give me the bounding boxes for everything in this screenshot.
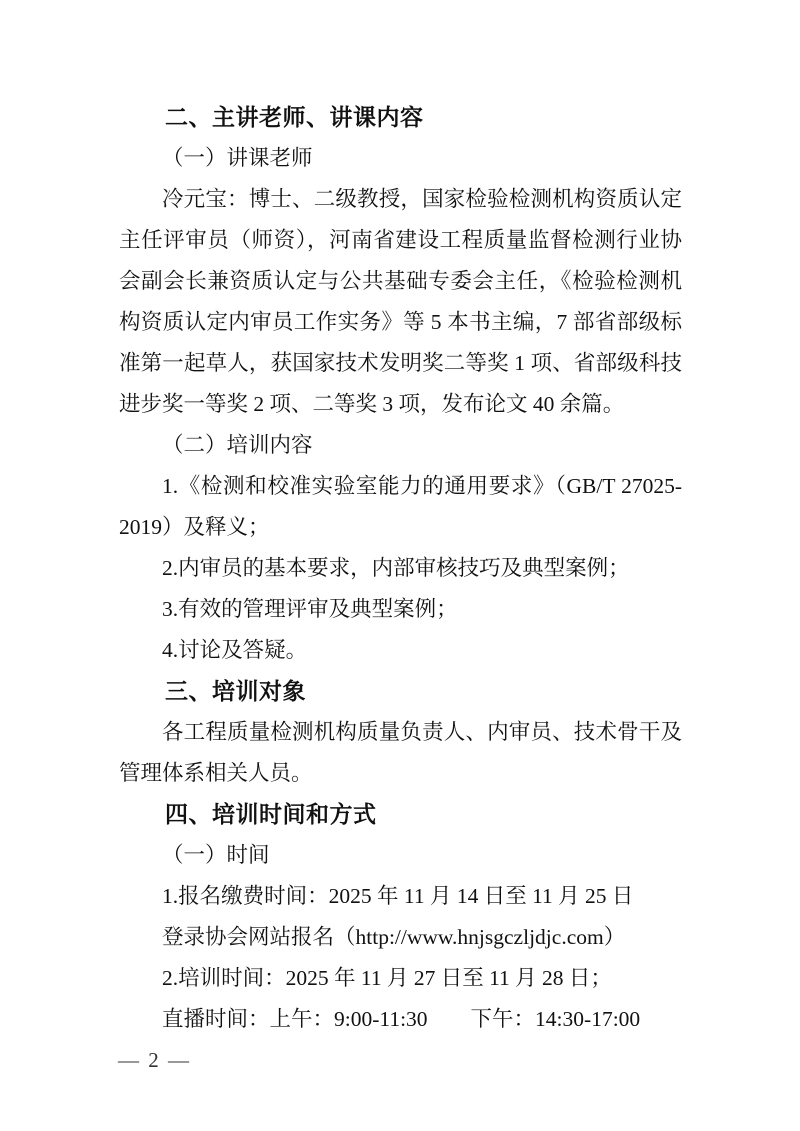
section-heading-4: 四、培训时间和方式 — [119, 794, 682, 835]
subsection-heading-time: （一）时间 — [119, 835, 682, 876]
training-content-item-3: 3.有效的管理评审及典型案例； — [119, 589, 682, 630]
document-page: 二、主讲老师、讲课内容 （一）讲课老师 冷元宝：博士、二级教授，国家检验检测机构… — [0, 0, 800, 1131]
paragraph-registration-time: 1.报名缴费时间：2025 年 11 月 14 日至 11 月 25 日 — [119, 876, 682, 917]
paragraph-training-time: 2.培训时间：2025 年 11 月 27 日至 11 月 28 日； — [119, 958, 682, 999]
paragraph-registration-website: 登录协会网站报名（http://www.hnjsgczljdjc.com） — [119, 917, 682, 958]
page-number: — 2 — — [118, 1040, 191, 1080]
training-content-item-2: 2.内审员的基本要求，内部审核技巧及典型案例； — [119, 548, 682, 589]
section-heading-3: 三、培训对象 — [119, 671, 682, 712]
paragraph-livestream-time: 直播时间：上午：9:00-11:30 下午：14:30-17:00 — [119, 999, 682, 1040]
training-content-item-4: 4.讨论及答疑。 — [119, 630, 682, 671]
paragraph-training-audience: 各工程质量检测机构质量负责人、内审员、技术骨干及管理体系相关人员。 — [119, 712, 682, 794]
document-body: 二、主讲老师、讲课内容 （一）讲课老师 冷元宝：博士、二级教授，国家检验检测机构… — [119, 97, 682, 1040]
section-heading-2: 二、主讲老师、讲课内容 — [119, 97, 682, 138]
subsection-heading-training-content: （二）培训内容 — [119, 425, 682, 466]
subsection-heading-lecturer: （一）讲课老师 — [119, 138, 682, 179]
training-content-item-1: 1.《检测和校准实验室能力的通用要求》（GB/T 27025-2019）及释义； — [119, 466, 682, 548]
paragraph-lecturer-bio: 冷元宝：博士、二级教授，国家检验检测机构资质认定主任评审员（师资），河南省建设工… — [119, 179, 682, 425]
